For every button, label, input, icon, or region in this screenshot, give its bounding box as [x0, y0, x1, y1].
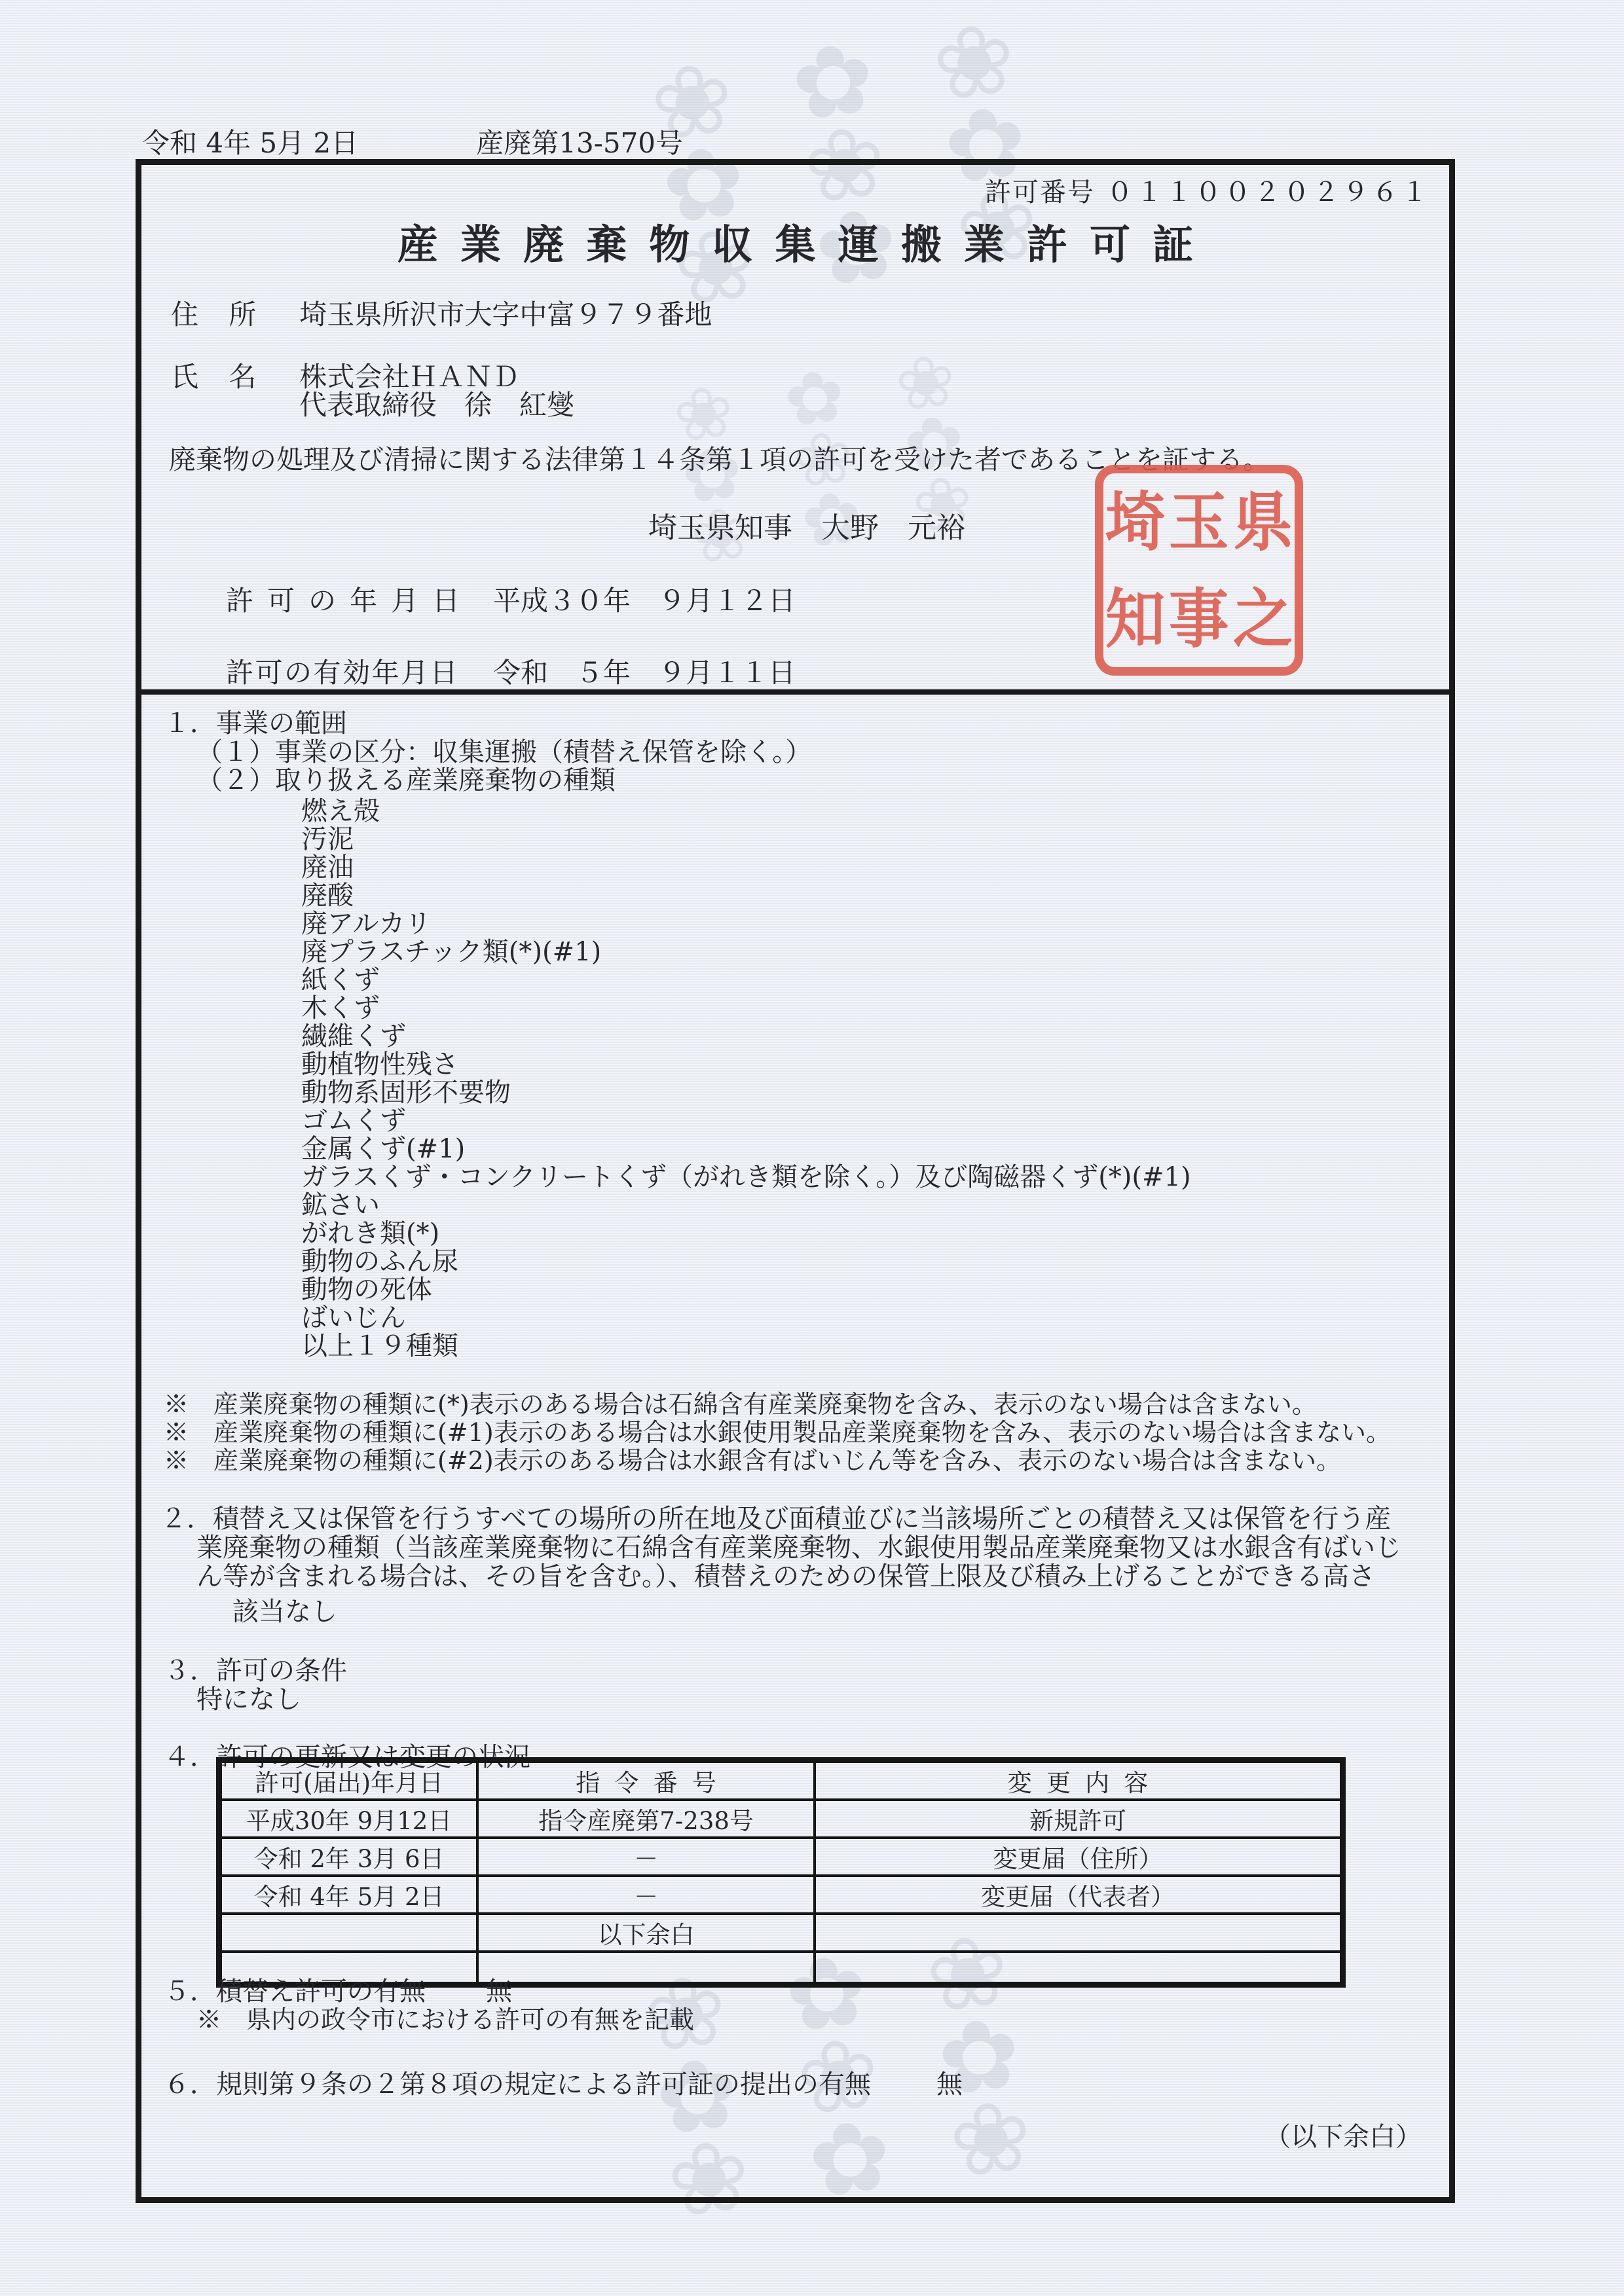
valid-date-row: 許可の有効年月日令和 ５年 ９月１１日 — [226, 651, 796, 691]
scanned-permit-document: ❀ ✿ ❀ ✿ ❀ ✿ ❀ ✿ ❀ ❀ ✿ ❀ ✿ ❀ ✿ ❀ ✿ ❀ ❀ ✿ … — [0, 0, 1624, 2296]
seal-character: 埼 — [1102, 467, 1168, 576]
table-row: 令和 4年 5月 2日－変更届（代表者） — [219, 1876, 1343, 1914]
section2-line: ２．積替え又は保管を行うすべての場所の所在地及び面積並びに当該場所ごとの積替え又… — [160, 1504, 1401, 1533]
table-header-row: 許可(届出)年月日 指令番号 変更内容 — [219, 1760, 1343, 1800]
table-cell — [219, 1914, 478, 1952]
section2-value: 該当なし — [232, 1591, 337, 1628]
waste-type-item: 廃プラスチック類(*)(#1) — [301, 938, 1191, 966]
note-line: ※ 産業廃棄物の種類に(*)表示のある場合は石綿含有産業廃棄物を含み、表示のない… — [164, 1391, 1391, 1419]
table-cell: 令和 4年 5月 2日 — [219, 1876, 478, 1914]
table-cell: 指令産廃第7-238号 — [477, 1800, 815, 1838]
table-cell: 以下余白 — [477, 1914, 815, 1952]
holder-representative: 代表取締役 徐 紅燮 — [299, 384, 574, 423]
footer-blank-note: （以下余白） — [1264, 2116, 1422, 2153]
waste-type-item: ガラスくず・コンクリートくず（がれき類を除く。）及び陶磁器くず(*)(#1) — [301, 1163, 1191, 1192]
seal-character: 事 — [1166, 564, 1232, 673]
table-row: 平成30年 9月12日指令産廃第7-238号新規許可 — [219, 1800, 1343, 1838]
section2-paragraph: ２．積替え又は保管を行うすべての場所の所在地及び面積並びに当該場所ごとの積替え又… — [160, 1504, 1401, 1591]
document-title: 産業廃棄物収集運搬業許可証 — [141, 212, 1449, 270]
waste-type-item: ゴムくず — [301, 1107, 1191, 1135]
waste-type-item: 廃油 — [301, 854, 1191, 882]
section2-line: 業廃棄物の種類（当該産業廃棄物に石綿含有産業廃棄物、水銀使用製品産業廃棄物又は水… — [160, 1533, 1401, 1562]
waste-type-item: 汚泥 — [301, 826, 1191, 854]
permit-number-label: 許可番号 — [985, 177, 1095, 208]
table-cell: 変更届（代表者） — [815, 1876, 1343, 1914]
waste-type-item: 動植物性残さ — [301, 1051, 1191, 1079]
issuer-governor-name: 埼玉県知事 大野 元裕 — [648, 504, 965, 546]
table-cell: － — [477, 1876, 815, 1914]
table-cell: 変更届（住所） — [815, 1838, 1343, 1876]
header-change-content: 変更内容 — [815, 1760, 1343, 1800]
table-cell — [477, 1952, 815, 1985]
issue-date: 令和 4年 5月 2日 — [142, 122, 358, 161]
table-cell — [815, 1952, 1343, 1985]
seal-character: 県 — [1230, 467, 1296, 576]
seal-character: 知 — [1102, 564, 1168, 673]
waste-type-item: 以上１９種類 — [301, 1332, 1191, 1360]
permit-date-row: 許可の年月日平成３０年 ９月１２日 — [226, 579, 796, 619]
permit-history-table: 許可(届出)年月日 指令番号 変更内容 平成30年 9月12日指令産廃第7-23… — [216, 1757, 1346, 1988]
waste-type-item: ばいじん — [301, 1304, 1191, 1332]
waste-type-item: 木くず — [301, 994, 1191, 1023]
waste-type-item: 廃アルカリ — [301, 910, 1191, 938]
table-cell — [815, 1914, 1343, 1952]
note-line: ※ 産業廃棄物の種類に(#2)表示のある場合は水銀含有ばいじん等を含み、表示のな… — [164, 1447, 1391, 1475]
section5-note: ※ 県内の政令市における許可の有無を記載 — [196, 1999, 694, 2035]
section2-line: ん等が含まれる場合は、その旨を含む。）、積替えのための保管上限及び積み上げること… — [160, 1562, 1401, 1591]
table-cell: 新規許可 — [815, 1800, 1343, 1838]
permit-date-value: 平成３０年 ９月１２日 — [493, 585, 796, 617]
table-cell: 平成30年 9月12日 — [219, 1800, 478, 1838]
permit-number-value: ０１１００２０２９６１ — [1107, 177, 1431, 208]
seal-character: 玉 — [1166, 467, 1232, 576]
waste-type-item: 紙くず — [301, 966, 1191, 994]
valid-date-value: 令和 ５年 ９月１１日 — [493, 657, 796, 689]
name-label: 氏 名 — [171, 361, 257, 393]
table-cell: 令和 2年 3月 6日 — [219, 1838, 478, 1876]
waste-type-item: 繊維くず — [301, 1023, 1191, 1051]
permit-date-label: 許可の年月日 — [226, 579, 493, 619]
document-number: 産廃第13-570号 — [476, 122, 683, 161]
table-row: 令和 2年 3月 6日－変更届（住所） — [219, 1838, 1343, 1876]
section1-waste-types-heading: （２）取り扱える産業廃棄物の種類 — [196, 759, 616, 797]
waste-type-item: 廃酸 — [301, 882, 1191, 910]
waste-type-item: 動物のふん尿 — [301, 1248, 1191, 1276]
seal-character: 之 — [1230, 564, 1296, 673]
waste-type-item: 動物系固形不要物 — [301, 1079, 1191, 1107]
issue-line: 令和 4年 5月 2日 産廃第13-570号 — [142, 122, 683, 161]
waste-type-item: 金属くず(#1) — [301, 1135, 1191, 1163]
waste-type-item: がれき類(*) — [301, 1220, 1191, 1248]
governor-seal: 埼玉県知事之 — [1095, 465, 1303, 676]
header-permit-date: 許可(届出)年月日 — [219, 1760, 478, 1800]
section-divider-line — [141, 689, 1449, 695]
section6-row: ６．規則第９条の２第８項の規定による許可証の提出の有無無 — [164, 2064, 963, 2101]
holder-address-row: 住 所埼玉県所沢市大字中富９７９番地 — [171, 293, 712, 333]
section6-heading: ６．規則第９条の２第８項の規定による許可証の提出の有無 — [164, 2069, 871, 2100]
address-label: 住 所 — [171, 299, 257, 331]
section6-value: 無 — [936, 2069, 963, 2100]
certificate-box: 許可番号０１１００２０２９６１ 産業廃棄物収集運搬業許可証 住 所埼玉県所沢市大… — [136, 159, 1455, 2203]
waste-type-list: 燃え殻汚泥廃油廃酸廃アルカリ廃プラスチック類(*)(#1)紙くず木くず繊維くず動… — [301, 797, 1191, 1360]
asterisk-notes: ※ 産業廃棄物の種類に(*)表示のある場合は石綿含有産業廃棄物を含み、表示のない… — [164, 1391, 1391, 1475]
valid-date-label: 許可の有効年月日 — [226, 651, 493, 691]
waste-type-item: 燃え殻 — [301, 797, 1191, 826]
table-row: 以下余白 — [219, 1914, 1343, 1952]
table-cell: － — [477, 1838, 815, 1876]
waste-type-item: 鉱さい — [301, 1192, 1191, 1220]
address-value: 埼玉県所沢市大字中富９７９番地 — [299, 299, 712, 331]
header-order-number: 指令番号 — [477, 1760, 815, 1800]
permit-number-line: 許可番号０１１００２０２９６１ — [985, 172, 1431, 209]
note-line: ※ 産業廃棄物の種類に(#1)表示のある場合は水銀使用製品産業廃棄物を含み、表示… — [164, 1419, 1391, 1447]
waste-type-item: 動物の死体 — [301, 1276, 1191, 1304]
section3-value: 特になし — [196, 1679, 301, 1716]
